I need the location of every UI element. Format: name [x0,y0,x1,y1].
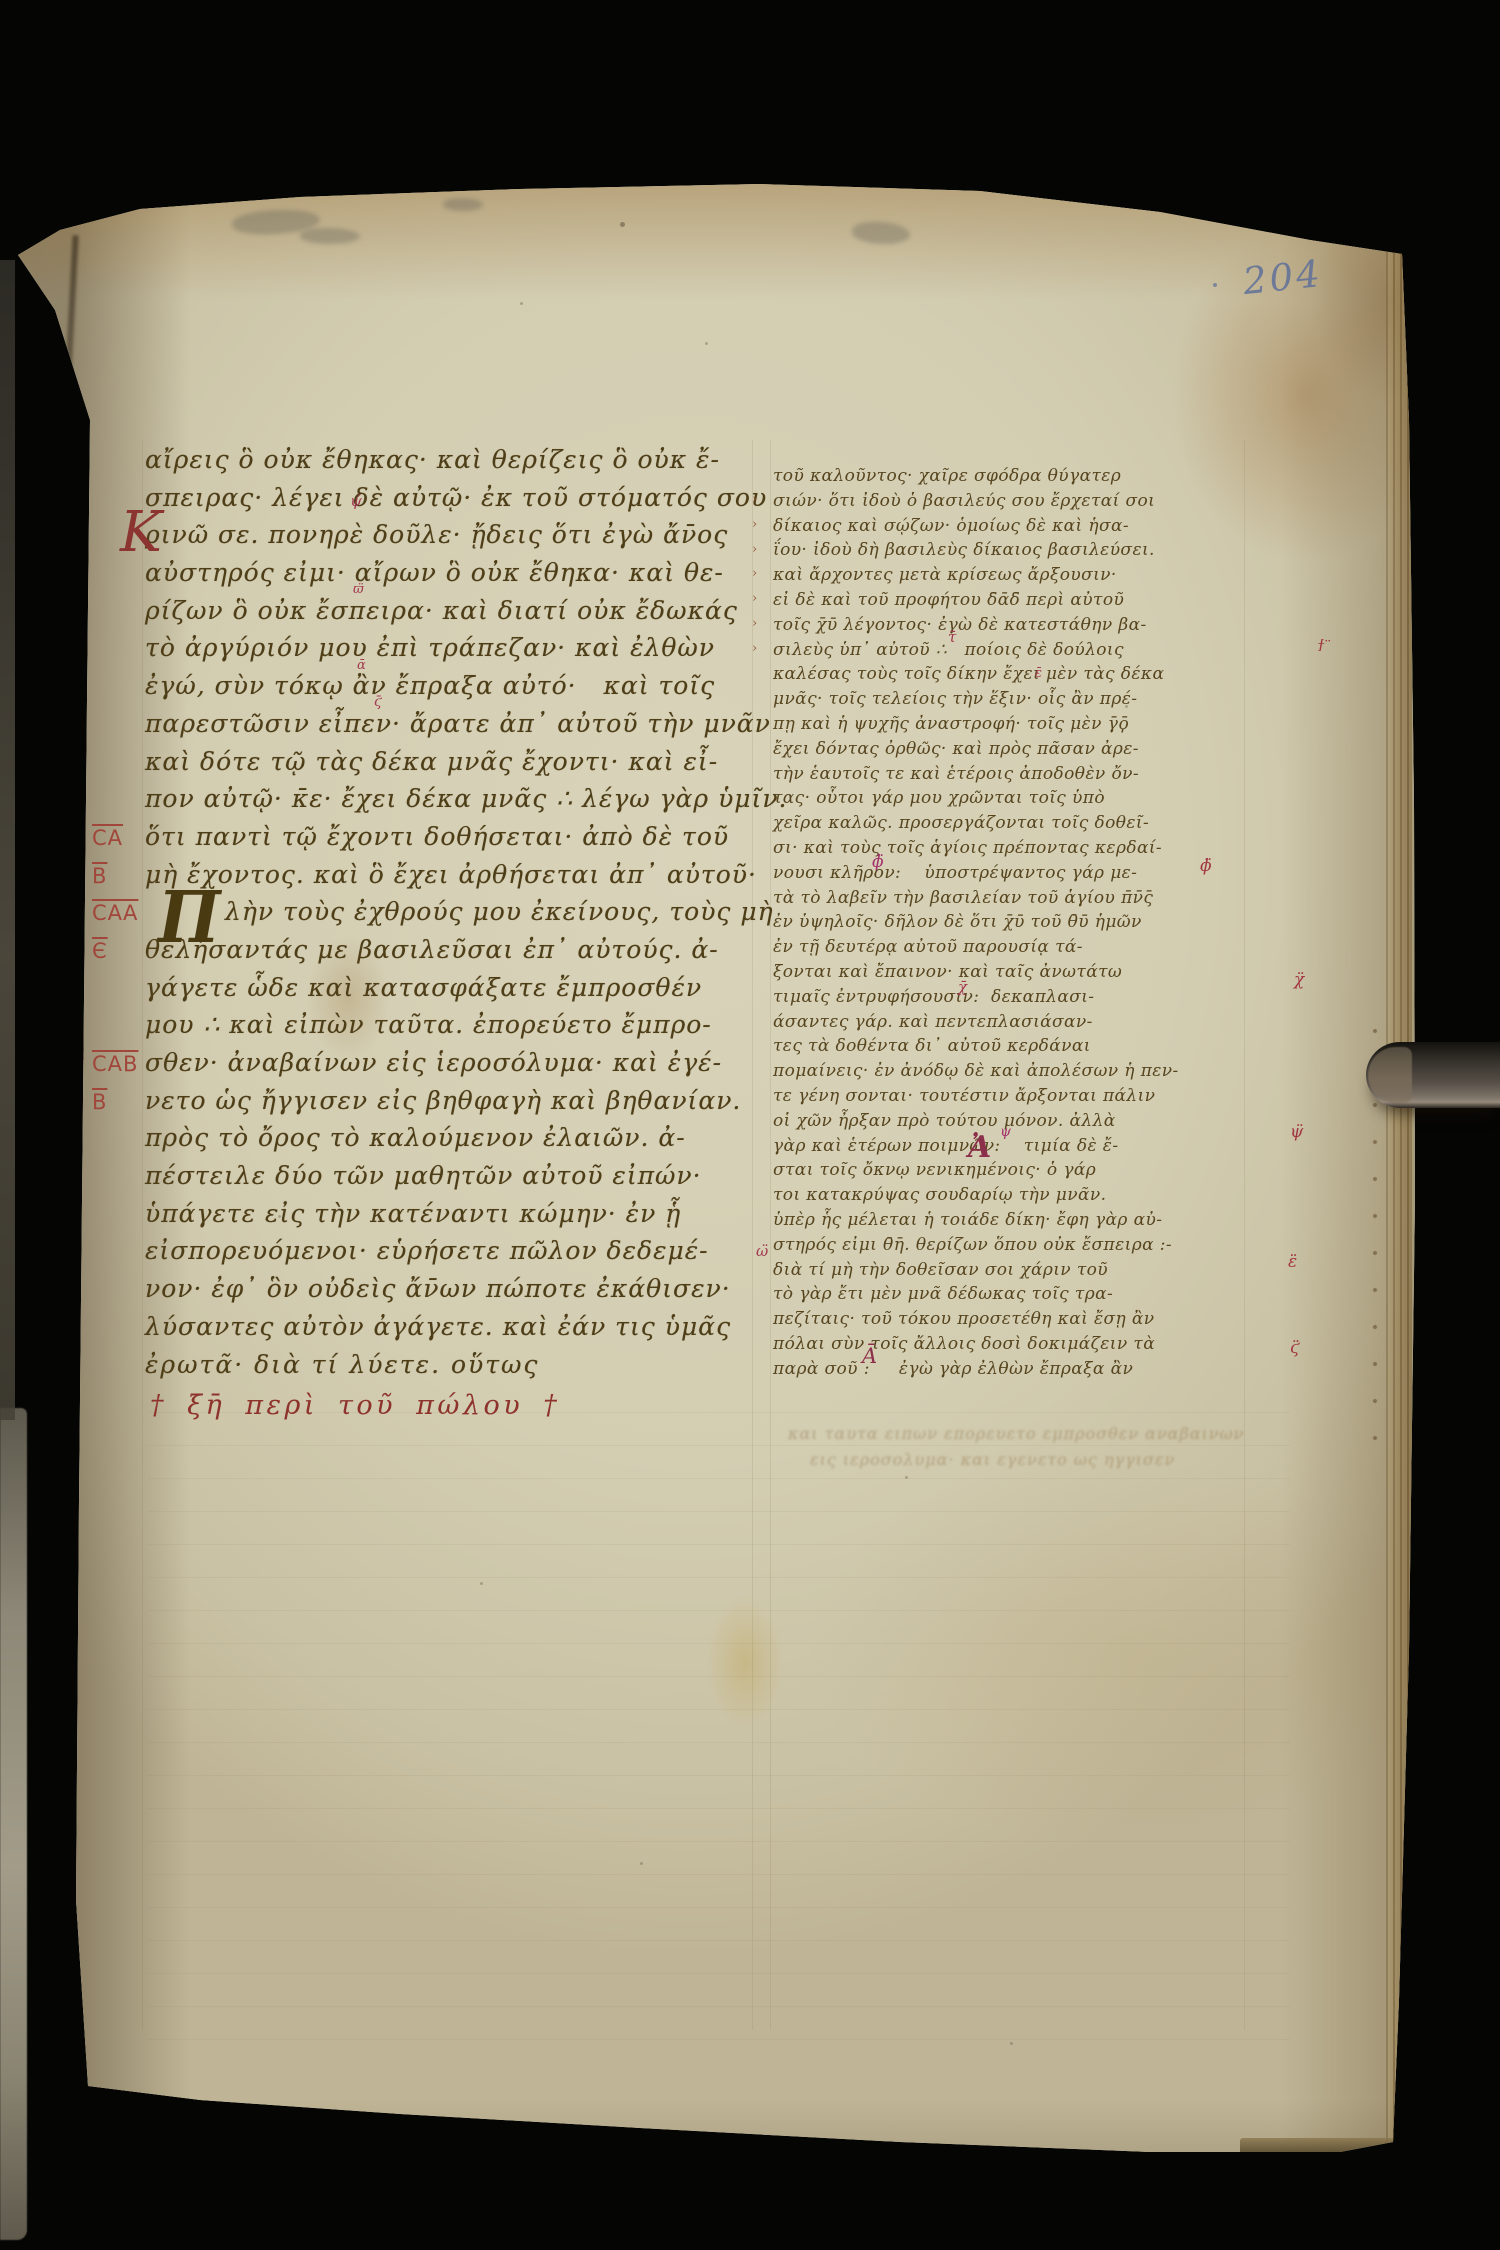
diple-mark: › [752,637,757,662]
speck [1010,2042,1013,2045]
margin-sign: χ̈ [1294,970,1305,990]
section-number-group: CΑ Β [92,820,144,895]
gospel-text-line: ρίζων ὃ οὐκ ἔσπειρα· καὶ διατί οὐκ ἔδωκά… [145,592,761,630]
speck [705,342,708,345]
commentary-text-line: γὰρ καὶ ἑτέρων ποιμνῶν: τιμία δὲ ἔ- [773,1134,1253,1159]
commentary-text-line: ἐν τῇ δευτέρᾳ αὐτοῦ παρουσίᾳ τά- [773,935,1253,960]
reference-mark: τ̄ [948,628,956,646]
gospel-text-line: μὴ ἔχοντος. καὶ ὃ ἔχει ἀρθήσεται ἀπ᾽ αὐτ… [145,856,761,894]
commentary-initial: Ᾱ [862,1344,877,1368]
margin-sign: ε̈ [1288,1252,1298,1272]
commentary-text-line: άσαντες γάρ. καὶ πεντεπλασιάσαν- [773,1010,1253,1035]
bounding-line [770,440,771,2030]
ruling-lines [148,1412,1290,2052]
diple-mark: › [752,488,757,513]
commentary-text-line: ΐου· ἰδοὺ δὴ βασιλεὺς δίκαιος βασιλεύσει… [773,538,1253,563]
gospel-text-line: νον· ἐφ᾽ ὃν οὐδεὶς ἄν̄ων πώποτε ἐκάθισεν… [145,1270,761,1308]
commentary-text-line: νουσι κλῆρον: ὑποστρέψαντος γάρ με- [773,861,1253,886]
commentary-text-line: σται τοῖς ὄκνῳ νενικημένοις· ὁ γάρ [773,1158,1253,1183]
diple-mark: › [752,562,757,587]
canon-number: Є [92,933,144,971]
facing-page-edge-upper [0,260,15,1420]
canon-number: Β [92,858,144,896]
commentary-text-line: ἔχει δόντας ὀρθῶς· καὶ πρὸς πᾶσαν ἀρε- [773,737,1253,762]
reference-mark: ψ [1000,1124,1011,1140]
diple-mark: › [752,513,757,538]
reference-mark: ω̈ [756,1242,768,1260]
section-number-group: CΑΒ Β [92,1046,144,1121]
commentary-text-line: τε γένη σονται· τουτέστιν ἄρξονται πάλιν [773,1084,1253,1109]
diple-mark: › [752,587,757,612]
margin-sign: ϛ̈ [1290,1338,1301,1358]
pencil-smudge [443,198,483,211]
gospel-text-line: θελήσαντάς με βασιλεῦσαι ἐπ᾽ αὐτούς. ἀ- [145,931,761,969]
speck [640,1862,643,1865]
commentary-text-line: μνᾶς· τοῖς τελείοις τὴν ἕξιν· οἷς ἂν πρέ… [773,687,1253,712]
commentary-text-line: τὸ γὰρ ἔτι μὲν μνᾶ δέδωκας τοῖς τρα- [773,1282,1253,1307]
gospel-text-line: ἐγώ, σὺν τόκῳ ἂν ἔπραξα αὐτό· καὶ τοῖς [145,667,761,705]
canon-number: Β [92,1084,144,1122]
diple-marks: ››››››› [752,488,757,662]
fore-edge-page-stack [1386,252,1412,2144]
gospel-text-line: σπειρας· λέγει δὲ αὐτῷ· ἐκ τοῦ στόματός … [145,479,761,517]
section-number: CΑΒ [92,1046,144,1084]
gospel-text-line: αἴρεις ὃ οὐκ ἔθηκας· καὶ θερίζεις ὃ οὐκ … [145,441,761,479]
initial-pi: Π [158,875,220,959]
commentary-text-line: τας· οὗτοι γάρ μου χρῶνται τοῖς ὑπὸ [773,786,1253,811]
commentary-text-line: τες τὰ δοθέντα δι᾽ αὐτοῦ κερδάναι [773,1034,1253,1059]
commentary-text-line: ὑπὲρ ἧς μέλεται ἡ τοιάδε δίκη· ἔφη γὰρ α… [773,1208,1253,1233]
bottom-edge-page-stack [1240,2138,1398,2154]
gospel-text-line: τὸ ἀργύριόν μου ἐπὶ τράπεζαν· καὶ ἐλθὼν [145,629,761,667]
commentary-text-line: τιμαῖς ἐντρυφήσουσιν: δεκαπλασι- [773,985,1253,1010]
section-number: CΑ [92,820,144,858]
gospel-text-line: πον αὐτῷ· κ̄ε· ἔχει δέκα μνᾶς ∴ λέγω γὰρ… [145,780,761,818]
gutter-crease [43,235,78,795]
pencil-smudge [851,220,910,245]
reference-mark: ᾱ [357,658,366,673]
commentary-text-line: τὴν ἑαυτοῖς τε καὶ ἑτέροις ἀποδοθὲν ὄν- [773,762,1253,787]
commentary-text-line: χεῖρα καλῶς. προσεργάζονται τοῖς δοθεῖ- [773,811,1253,836]
gospel-text-line: ὑπάγετε εἰς τὴν κατέναντι κώμην· ἐν ᾗ [145,1195,761,1233]
commentary-text-line: πῃ καὶ ἡ ψυχῆς ἀναστροφή· τοῖς μὲν γ̄ϙ̄ [773,712,1253,737]
bounding-line [142,440,143,2030]
gospel-text-line: λύσαντες αὐτὸν ἀγάγετε. καὶ ἐάν τις ὑμᾶς [145,1308,761,1346]
commentary-text-line: σιλεὺς ὑπ᾽ αὐτοῦ ∴ ποίοις δὲ δούλοις [773,638,1253,663]
paragraphos-mark [62,1056,84,1062]
commentary-text-line: εἰ δὲ καὶ τοῦ προφήτου δ̄ᾱδ̄ περὶ αὐτοῦ [773,588,1253,613]
commentary-text-line: καὶ ἄρχοντες μετὰ κρίσεως ἄρξουσιν· [773,563,1253,588]
section-number-group: CΑΑ Є [92,895,144,970]
reference-mark: ϖ̈ [353,582,364,597]
diple-mark: › [752,612,757,637]
initial-kappa: Κ [120,500,162,565]
gospel-text-line: μου ∴ καὶ εἰπὼν ταῦτα. ἐπορεύετο ἔμπρο- [145,1006,761,1044]
speck [620,222,625,227]
commentary-text-line: τοι κατακρύψας σουδαρίῳ τὴν μνᾶν. [773,1183,1253,1208]
commentary-text-line: πόλαι σὺν τοῖς ἄλλοις δοσὶ δοκιμάζειν τὰ [773,1332,1253,1357]
gospel-text-line: πέστειλε δύο τῶν μαθητῶν αὐτοῦ εἰπών· [145,1157,761,1195]
paragraphos-mark [62,830,84,836]
margin-sign: ϯ̈ [1318,636,1325,656]
gospel-text-line: καὶ δότε τῷ τὰς δέκα μνᾶς ἔχοντι· καὶ εἶ… [145,743,761,781]
diple-mark: › [752,538,757,563]
commentary-text-line: ἐν ὑψηλοῖς· δῆλον δὲ ὅτι χ̄ῡ τοῦ θ̄ῡ ἡμῶ… [773,910,1253,935]
margin-sign: ϕ̈ [1200,856,1213,876]
kephalaion-rubric: † ξ̄η̄ περὶ τοῦ πώλου † [150,1390,560,1421]
pencil-smudge [1336,196,1388,210]
reference-mark: ϕ̈ [872,852,884,872]
gospel-text-line: ὅτι παντὶ τῷ ἔχοντι δοθήσεται· ἀπὸ δὲ το… [145,818,761,856]
speck [905,1476,908,1479]
commentary-text-line: τοῖς χ̄ῡ λέγοντος· ἐγὼ δὲ κατεστάθην βα- [773,613,1253,638]
gospel-text-line: γάγετε ὧδε καὶ κατασφάξατε ἔμπροσθέν [145,969,761,1007]
gospel-text-line: ρινῶ σε. πονηρὲ δοῦλε· ᾔδεις ὅτι ἐγὼ ἄν̄… [145,516,761,554]
folio-number: 204 [1241,252,1325,303]
commentary-initial: Ἀ [968,1130,991,1165]
main-text-column: αἴρεις ὃ οὐκ ἔθηκας· καὶ θερίζεις ὃ οὐκ … [145,441,761,1383]
gospel-text-line: νετο ὡς ἤγγισεν εἰς βηθφαγὴ καὶ βηθανίαν… [145,1082,761,1120]
reference-mark: ϛ̄ [374,694,382,710]
section-number: CΑΑ [92,895,144,933]
parchment-page: 204 και ταυτα ειπων επορευετο εμπροσθεν … [0,0,1500,2250]
reference-mark: ε̄ [1035,666,1042,681]
showthrough-line: εις ιεροσολυμα· και εγενετο ως ηγγισεν [810,1450,1175,1469]
pencil-smudge [300,228,360,244]
gospel-text-line: σθεν· ἀναβαίνων εἰς ἱεροσόλυμα· καὶ ἐγέ- [145,1044,761,1082]
gospel-text-line: ἐρωτᾶ· διὰ τί λύετε. οὕτως [145,1346,761,1384]
commentary-text-line: σιών· ὅτι ἰδοὺ ὁ βασιλεύς σου ἔρχεταί σο… [773,489,1253,514]
speck [520,302,523,305]
commentary-text-line: ξονται καὶ ἔπαινον· καὶ ταῖς ἀνωτάτω [773,960,1253,985]
facing-page-edge [0,1408,27,2240]
commentary-text-line: τὰ τὸ λαβεῖν τὴν βασιλείαν τοῦ ἁγίου π̄ν… [773,886,1253,911]
book-weight-rod [1366,1042,1500,1108]
margin-sign: ψ̈ [1290,1122,1304,1142]
speck [480,1582,483,1585]
commentary-text-line: παρὰ σοῦ : ἐγὼ γὰρ ἐλθὼν ἔπραξα ἂν [773,1357,1253,1382]
manuscript-photo: 204 και ταυτα ειπων επορευετο εμπροσθεν … [0,0,1500,2250]
commentary-text-line: δίκαιος καὶ σῴζων· ὁμοίως δὲ καὶ ἡσα- [773,514,1253,539]
gospel-text-line: εἰσπορευόμενοι· εὑρήσετε πῶλον δεδεμέ- [145,1232,761,1270]
gospel-text-line: πρὸς τὸ ὄρος τὸ καλούμενον ἐλαιῶν. ἀ- [145,1119,761,1157]
commentary-text-line: πομαίνεις· ἐν ἀνόδῳ δὲ καὶ ἀπολέσων ἡ πε… [773,1059,1253,1084]
commentary-text-line: οἱ χῶν ἦρξαν πρὸ τούτου μόνον. ἀλλὰ [773,1109,1253,1134]
commentary-text-line: πεζίταις· τοῦ τόκου προσετέθη καὶ ἔσῃ ἂν [773,1307,1253,1332]
showthrough-line: και ταυτα ειπων επορευετο εμπροσθεν αναβ… [788,1424,1244,1443]
gospel-text-line: αὐστηρός εἰμι· αἴρων ὃ οὐκ ἔθηκα· καὶ θε… [145,554,761,592]
commentary-text-line: τοῦ καλοῦντος· χαῖρε σφόδρα θύγατερ [773,464,1253,489]
commentary-text-line: στηρός εἰμι θ̄η̄. θερίζων ὅπου οὐκ ἔσπει… [773,1233,1253,1258]
folio-dot [1213,283,1217,287]
commentary-column: τοῦ καλοῦντος· χαῖρε σφόδρα θύγατερσιών·… [773,464,1253,1381]
gospel-text-line: παρεστῶσιν εἶπεν· ἄρατε ἀπ᾽ αὐτοῦ τὴν μν… [145,705,761,743]
commentary-text-line: καλέσας τοὺς τοῖς δίκην ἔχει μὲν τὰς δέκ… [773,662,1253,687]
reference-mark: χ̄ [958,978,967,996]
reference-mark: ψ́ [350,492,362,510]
commentary-text-line: σι· καὶ τοὺς τοῖς ἁγίοις πρέποντας κερδα… [773,836,1253,861]
gospel-text-line: λὴν τοὺς ἐχθρούς μου ἐκείνους, τοὺς μὴ [145,893,761,931]
commentary-text-line: διὰ τί μὴ τὴν δοθεῖσαν σοι χάριν τοῦ [773,1258,1253,1283]
